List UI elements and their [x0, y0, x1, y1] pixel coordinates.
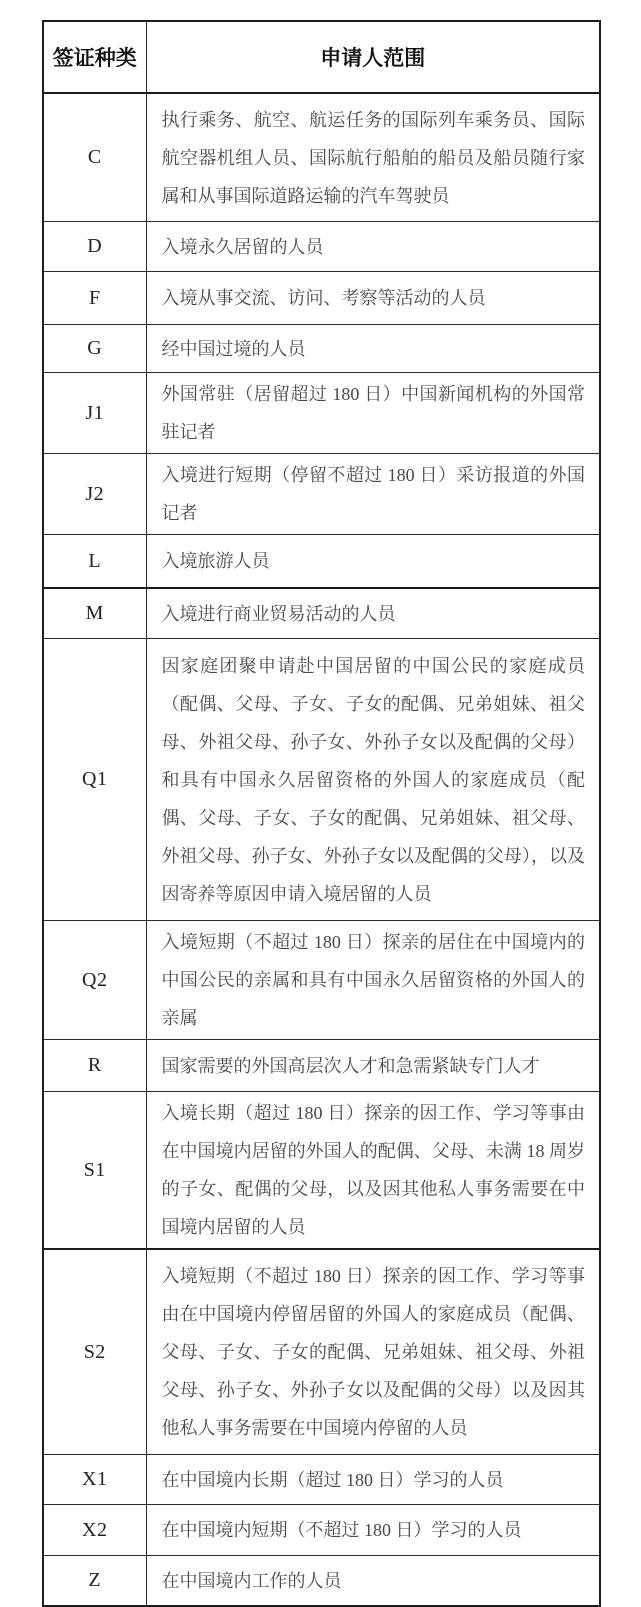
applicant-scope-cell: 经中国过境的人员 — [146, 325, 600, 373]
applicant-scope-cell: 入境进行短期（停留不超过 180 日）采访报道的外国记者 — [146, 454, 600, 535]
visa-type-cell: D — [43, 222, 146, 272]
table-row-g: G 经中国过境的人员 — [43, 325, 600, 373]
table-row-j1: J1 外国常驻（居留超过 180 日）中国新闻机构的外国常驻记者 — [43, 373, 600, 454]
table-row-x2: X2 在中国境内短期（不超过 180 日）学习的人员 — [43, 1505, 600, 1556]
visa-type-cell: S1 — [43, 1092, 146, 1250]
table-row-s2: S2 入境短期（不超过 180 日）探亲的因工作、学习等事由在中国境内停留居留的… — [43, 1249, 600, 1455]
visa-type-cell: Q2 — [43, 921, 146, 1040]
header-visa-type: 签证种类 — [43, 21, 146, 93]
table-row-q1: Q1 因家庭团聚申请赴中国居留的中国公民的家庭成员（配偶、父母、子女、子女的配偶… — [43, 639, 600, 921]
table-row-m: M 入境进行商业贸易活动的人员 — [43, 588, 600, 639]
applicant-scope-cell: 执行乘务、航空、航运任务的国际列车乘务员、国际航空器机组人员、国际航行船舶的船员… — [146, 93, 600, 222]
table-row-q2: Q2 入境短期（不超过 180 日）探亲的居住在中国境内的中国公民的亲属和具有中… — [43, 921, 600, 1040]
visa-type-cell: S2 — [43, 1249, 146, 1455]
visa-type-cell: C — [43, 93, 146, 222]
applicant-scope-cell: 在中国境内工作的人员 — [146, 1556, 600, 1607]
table-row-f: F 入境从事交流、访问、考察等活动的人员 — [43, 272, 600, 325]
applicant-scope-cell: 国家需要的外国高层次人才和急需紧缺专门人才 — [146, 1040, 600, 1092]
applicant-scope-cell: 入境长期（超过 180 日）探亲的因工作、学习等事由在中国境内居留的外国人的配偶… — [146, 1092, 600, 1250]
table-row-s1: S1 入境长期（超过 180 日）探亲的因工作、学习等事由在中国境内居留的外国人… — [43, 1092, 600, 1250]
applicant-scope-cell: 外国常驻（居留超过 180 日）中国新闻机构的外国常驻记者 — [146, 373, 600, 454]
visa-type-cell: J1 — [43, 373, 146, 454]
visa-type-cell: M — [43, 588, 146, 639]
applicant-scope-cell: 入境永久居留的人员 — [146, 222, 600, 272]
visa-type-cell: Q1 — [43, 639, 146, 921]
table-row-x1: X1 在中国境内长期（超过 180 日）学习的人员 — [43, 1455, 600, 1505]
table-row-j2: J2 入境进行短期（停留不超过 180 日）采访报道的外国记者 — [43, 454, 600, 535]
visa-type-cell: J2 — [43, 454, 146, 535]
visa-type-cell: Z — [43, 1556, 146, 1607]
table-row-d: D 入境永久居留的人员 — [43, 222, 600, 272]
visa-types-table: 签证种类 申请人范围 C 执行乘务、航空、航运任务的国际列车乘务员、国际航空器机… — [42, 20, 601, 1607]
visa-type-cell: X2 — [43, 1505, 146, 1556]
table-row-r: R 国家需要的外国高层次人才和急需紧缺专门人才 — [43, 1040, 600, 1092]
table-row-l: L 入境旅游人员 — [43, 535, 600, 589]
applicant-scope-cell: 在中国境内短期（不超过 180 日）学习的人员 — [146, 1505, 600, 1556]
document-page: 签证种类 申请人范围 C 执行乘务、航空、航运任务的国际列车乘务员、国际航空器机… — [0, 0, 641, 1552]
visa-type-cell: R — [43, 1040, 146, 1092]
table-header: 签证种类 申请人范围 — [43, 21, 600, 93]
applicant-scope-cell: 因家庭团聚申请赴中国居留的中国公民的家庭成员（配偶、父母、子女、子女的配偶、兄弟… — [146, 639, 600, 921]
visa-type-cell: G — [43, 325, 146, 373]
visa-type-cell: F — [43, 272, 146, 325]
header-row: 签证种类 申请人范围 — [43, 21, 600, 93]
applicant-scope-cell: 入境旅游人员 — [146, 535, 600, 589]
visa-type-cell: L — [43, 535, 146, 589]
applicant-scope-cell: 入境进行商业贸易活动的人员 — [146, 588, 600, 639]
applicant-scope-cell: 入境短期（不超过 180 日）探亲的居住在中国境内的中国公民的亲属和具有中国永久… — [146, 921, 600, 1040]
visa-type-cell: X1 — [43, 1455, 146, 1505]
header-applicant-scope: 申请人范围 — [146, 21, 600, 93]
applicant-scope-cell: 入境短期（不超过 180 日）探亲的因工作、学习等事由在中国境内停留居留的外国人… — [146, 1249, 600, 1455]
table-row-z: Z 在中国境内工作的人员 — [43, 1556, 600, 1607]
applicant-scope-cell: 在中国境内长期（超过 180 日）学习的人员 — [146, 1455, 600, 1505]
table-row-c: C 执行乘务、航空、航运任务的国际列车乘务员、国际航空器机组人员、国际航行船舶的… — [43, 93, 600, 222]
applicant-scope-cell: 入境从事交流、访问、考察等活动的人员 — [146, 272, 600, 325]
